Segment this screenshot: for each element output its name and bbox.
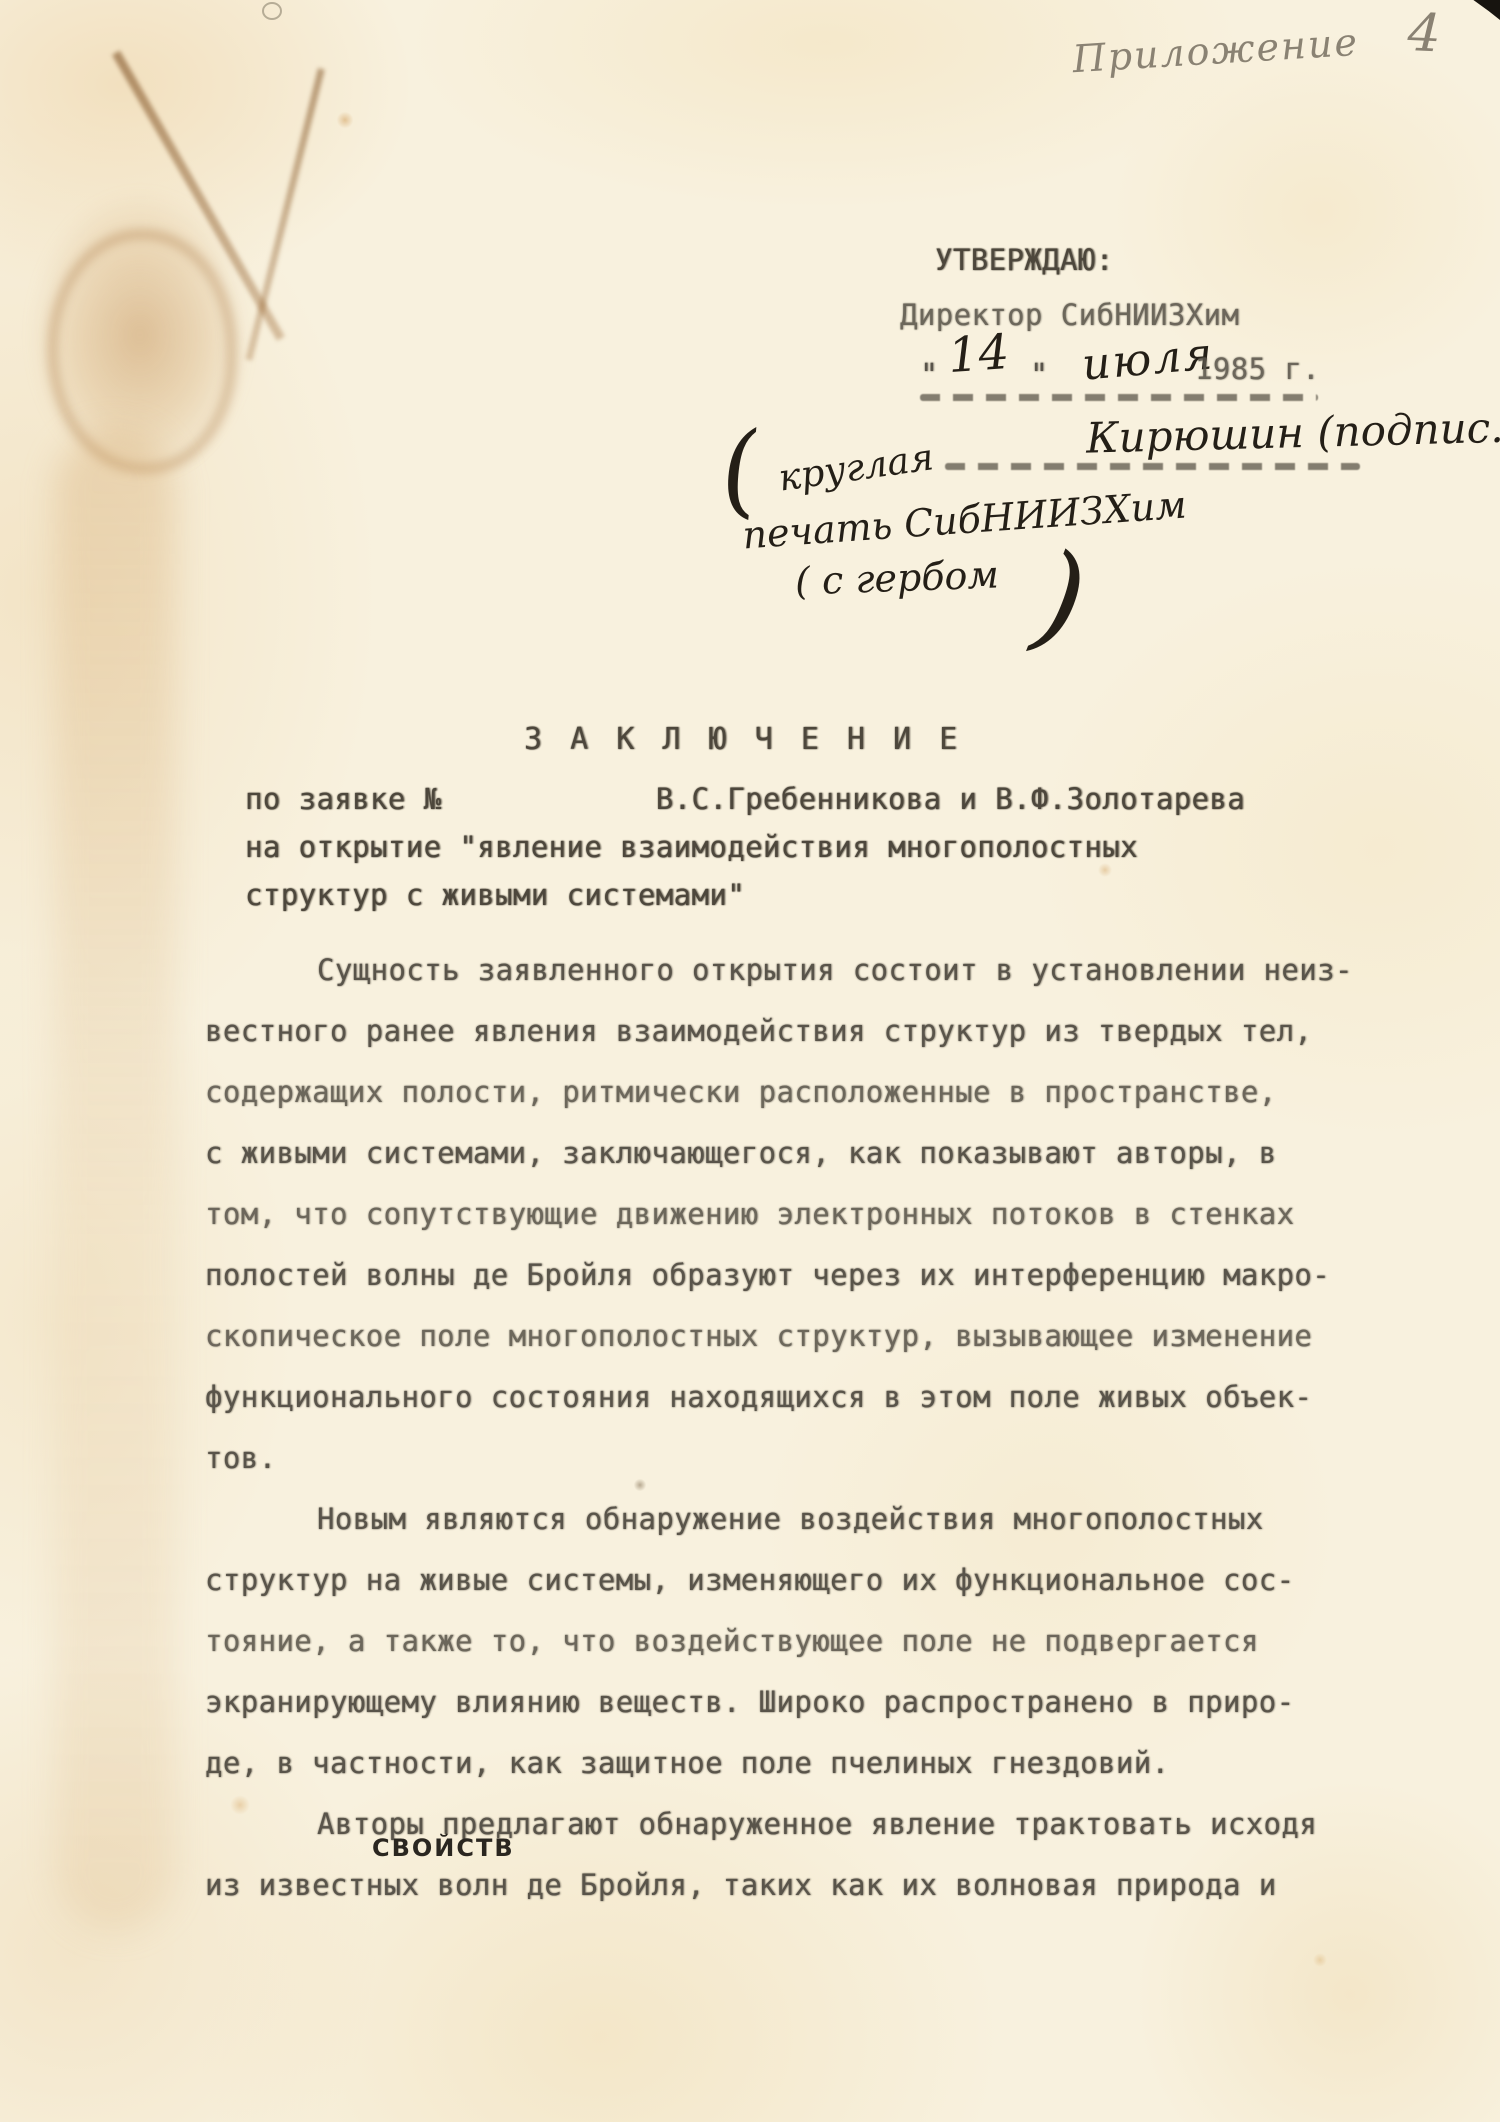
corner-annotation-number: 4 [1407,3,1443,64]
corner-annotation-word: Приложение [1071,20,1360,81]
signature-handwritten: Кирюшин (подпис.) [1085,402,1500,462]
date-day-handwritten: 14 [946,324,1011,384]
body-line: Сущность заявленного открытия состоит в … [205,940,1345,1001]
body-line: структур на живые системы, изменяющего и… [205,1550,1345,1611]
body-line: Новым являются обнаружение воздействия м… [205,1489,1345,1550]
punch-hole [262,2,282,20]
body-line: тов. [205,1428,1345,1489]
body-line: полостей волны де Бройля образуют через … [205,1245,1345,1306]
signature-dashed-line [945,463,1360,470]
document-title: З А К Л Ю Ч Е Н И Е [524,722,962,757]
date-dashed-line [920,394,1318,401]
body-line: функционального состояния находящихся в … [205,1367,1345,1428]
body-text: Сущность заявленного открытия состоит в … [205,940,1345,1916]
body-line: из известных волн де Бройля, таких как и… [205,1855,1345,1916]
corner-annotation: Приложение 4 [1071,3,1443,85]
body-line: экранирующему влиянию веществ. Широко ра… [205,1672,1345,1733]
approval-label: УТВЕРЖДАЮ: [935,243,1114,277]
inserted-word-annotation: свойств [372,1834,515,1862]
stamp-note-word3: ( с гербом [794,552,999,603]
body-line: де, в частности, как защитное поле пчели… [205,1733,1345,1794]
body-line: скопическое поле многополостных структур… [205,1306,1345,1367]
date-close-quote: " [1030,358,1048,393]
body-line: тояние, а также то, что воздействующее п… [205,1611,1345,1672]
stamp-note-word1: круглая [776,435,937,499]
paper-stain-edge [55,430,175,1930]
date-open-quote: " [920,358,938,393]
stamp-note-close-paren: ) [1026,525,1095,669]
body-line: том, что сопутствующие движению электрон… [205,1184,1345,1245]
scanned-document-page: Приложение 4 УТВЕРЖДАЮ: Директор СибНИИЗ… [0,0,1500,2122]
body-line: с живыми системами, заключающегося, как … [205,1123,1345,1184]
body-line: вестного ранее явления взаимодействия ст… [205,1001,1345,1062]
body-line: содержащих полости, ритмически расположе… [205,1062,1345,1123]
subject-line-3: структур с живыми системами" [245,878,745,912]
subject-line-1: по заявке № В.С.Гребенникова и В.Ф.Золот… [245,782,1245,816]
subject-line-2: на открытие "явление взаимодействия мног… [245,830,1138,864]
date-year: 1985 г. [1195,352,1320,386]
paper-stain-streak [245,68,324,361]
scan-corner-mark [1462,0,1500,20]
